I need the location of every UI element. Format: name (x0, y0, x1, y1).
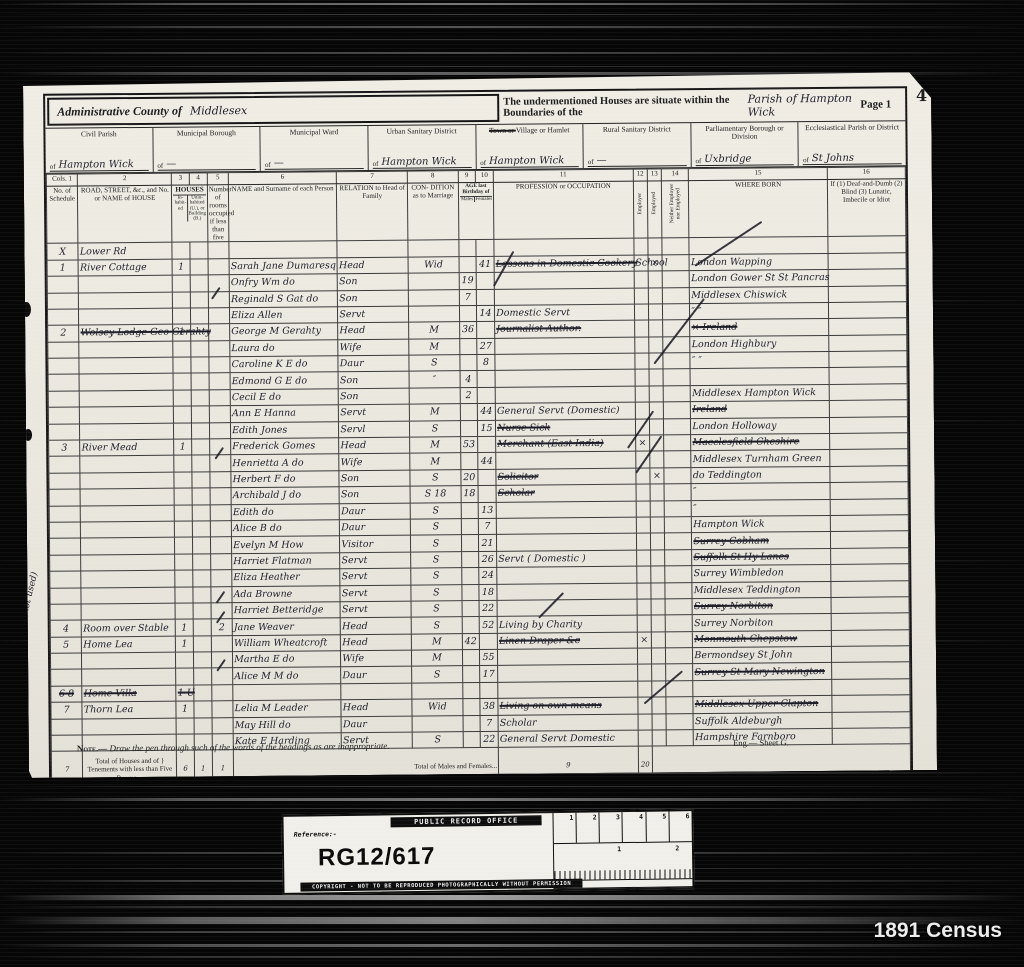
column-number: 9 (458, 171, 475, 183)
page-number: Page 1 (856, 88, 905, 120)
district-fields: Civil ParishofHampton WickMunicipal Boro… (45, 121, 905, 174)
header-neither: Neither Employer nor Employed (661, 181, 689, 239)
age-males-label: Males (460, 197, 475, 202)
page-corner-number: 4 (916, 86, 927, 105)
houses-uninhabited-label: Unin-habited (U.), or Building (B.) (187, 195, 206, 221)
district-label: Civil Parish (47, 130, 150, 139)
header-age: AGE last Birthday of Males Females (458, 182, 494, 240)
column-number: 13 (647, 169, 661, 181)
header-road: ROAD, STREET, &c., and No. or NAME of HO… (78, 185, 173, 243)
situate-statement: The undermentioned Houses are situate wi… (499, 89, 856, 124)
header-name: NAME and Surname of each Person (228, 184, 337, 242)
column-number: Cols. 1 (46, 174, 77, 186)
reference-number: RG12/617 (318, 843, 436, 873)
district-value: ofHampton Wick (50, 159, 149, 172)
district-field: Municipal Wardof— (260, 126, 368, 171)
district-value: of— (588, 154, 687, 167)
film-blemish (24, 429, 32, 441)
stamp-left: PUBLIC RECORD OFFICE Reference:- RG12/61… (283, 813, 553, 893)
district-field: Parliamentary Borough or DivisionofUxbri… (690, 122, 798, 167)
district-value: ofSt Johns (803, 152, 902, 165)
totals-uninhabited: 1 (194, 750, 213, 787)
district-value: ofUxbridge (695, 153, 794, 166)
header-condition: CON- DITION as to Marriage (408, 183, 459, 241)
census-form: Administrative County of Middlesex The u… (43, 86, 913, 791)
header-houses: HOUSES In-habit-ed Unin-habited (U.), or… (172, 185, 208, 243)
district-field: Rural Sanitary Districtof— (583, 123, 691, 168)
employed-label: Employed (651, 181, 658, 225)
column-number: 10 (475, 170, 493, 182)
situate-text: The undermentioned Houses are situate wi… (503, 95, 742, 119)
column-number: 3 (172, 173, 189, 185)
column-headers: No. of Schedule ROAD, STREET, &c., and N… (46, 179, 905, 244)
pro-reference-stamp: PUBLIC RECORD OFFICE Reference:- RG12/61… (281, 809, 694, 895)
ruler-inch: 5 (645, 811, 669, 841)
district-label: Ecclesiastical Parish or District (801, 123, 904, 132)
column-number: 7 (337, 171, 408, 184)
column-number: 16 (827, 167, 905, 180)
ruler-inch: 2 (575, 812, 599, 842)
ruler-inches: 123456 (553, 811, 692, 844)
margin-annotation: No 6 (not used) (14, 571, 40, 642)
footer-note-prefix: Note.— (77, 743, 108, 753)
column-number: 12 (633, 169, 647, 181)
age-title: AGE last Birthday of (460, 183, 492, 195)
district-label: Municipal Borough (155, 129, 258, 138)
district-label: Rural Sanitary District (586, 125, 689, 134)
column-number: 6 (228, 172, 336, 185)
header-relation: RELATION to Head of Family (337, 183, 408, 241)
totals-females: 20 (638, 746, 652, 783)
district-field: Ecclesiastical Parish or DistrictofSt Jo… (798, 121, 906, 166)
district-label: Urban Sanitary District (370, 127, 473, 136)
district-field: Civil ParishofHampton Wick (45, 128, 152, 173)
column-number: 14 (661, 169, 688, 181)
district-value: ofHampton Wick (480, 155, 579, 168)
totals-empty (652, 744, 910, 783)
district-field: Town or Village or HamletofHampton Wick (475, 124, 583, 169)
column-number: 2 (78, 173, 172, 186)
district-value: of— (265, 157, 364, 170)
column-number: 8 (407, 171, 458, 183)
district-value: of— (157, 158, 256, 171)
age-females-label: Females (474, 197, 492, 202)
header-infirmities: If (1) Deaf-and-Dumb (2) Blind (3) Lunat… (827, 179, 906, 237)
ruler-inch: 1 (553, 813, 576, 843)
district-field: Urban Sanitary DistrictofHampton Wick (367, 125, 475, 170)
district-label: Town or Village or Hamlet (478, 126, 581, 135)
totals-males: 9 (498, 747, 638, 785)
totals-rooms: 1 (212, 750, 234, 787)
header-rooms: Number of rooms occupied if less than fi… (207, 185, 229, 243)
header-schedule: No. of Schedule (46, 186, 78, 244)
district-field: Municipal Boroughof— (152, 127, 260, 172)
totals-houses-label: Total of Houses and of } Tenements with … (83, 751, 177, 789)
houses-title: HOUSES (173, 185, 205, 193)
totals-inhabited: 6 (177, 750, 195, 787)
header-employer: Employer (633, 181, 648, 238)
header-where-born: WHERE BORN (689, 179, 828, 238)
film-blemish (22, 302, 31, 317)
administrative-county-label: Administrative County of (57, 103, 182, 119)
totals-males-females-label: Total of Males and Females... (233, 748, 498, 787)
sheet-reference: Eng.— Sheet G. (733, 736, 909, 748)
district-label: Municipal Ward (263, 128, 366, 137)
document-page: AA 4 No 6 (not used) Administrative Coun… (23, 72, 937, 778)
district-label: Parliamentary Borough or Division (693, 124, 796, 141)
administrative-county-box: Administrative County of Middlesex (47, 94, 499, 126)
reference-label: Reference:- (294, 830, 337, 839)
header-employed: Employed (647, 181, 662, 238)
ruler-fine-1: 1 (617, 845, 621, 853)
stamp-ruler: 123456 1 2 (552, 811, 692, 889)
houses-inhabited-label: In-habit-ed (173, 196, 187, 222)
totals-schedule: 7 (51, 751, 83, 788)
situate-value: Parish of Hampton Wick (748, 92, 853, 119)
neither-label: Neither Employer nor Employed (669, 181, 682, 225)
census-rows: XLower Rd1River Cottage1Sarah Jane Dumar… (47, 236, 910, 752)
ruler-inch: 3 (599, 812, 623, 842)
district-value: ofHampton Wick (373, 156, 472, 169)
employer-label: Employer (637, 182, 644, 226)
ruler-fine-2: 2 (675, 844, 679, 852)
public-record-office-bar: PUBLIC RECORD OFFICE (391, 815, 542, 827)
administrative-county-value: Middlesex (190, 104, 247, 117)
copyright-bar: COPYRIGHT - NOT TO BE REPRODUCED PHOTOGR… (301, 879, 583, 892)
header-profession: PROFESSION or OCCUPATION (493, 181, 633, 240)
column-number: 4 (189, 173, 207, 185)
ruler-inch: 4 (622, 812, 646, 842)
ruler-inch: 6 (668, 811, 692, 841)
pencil-mark: AA (773, 41, 807, 70)
census-table: Cols. 12345678910111213141516 No. of Sch… (46, 166, 911, 789)
film-caption: 1891 Census (874, 919, 1002, 943)
column-number: 5 (207, 173, 228, 185)
